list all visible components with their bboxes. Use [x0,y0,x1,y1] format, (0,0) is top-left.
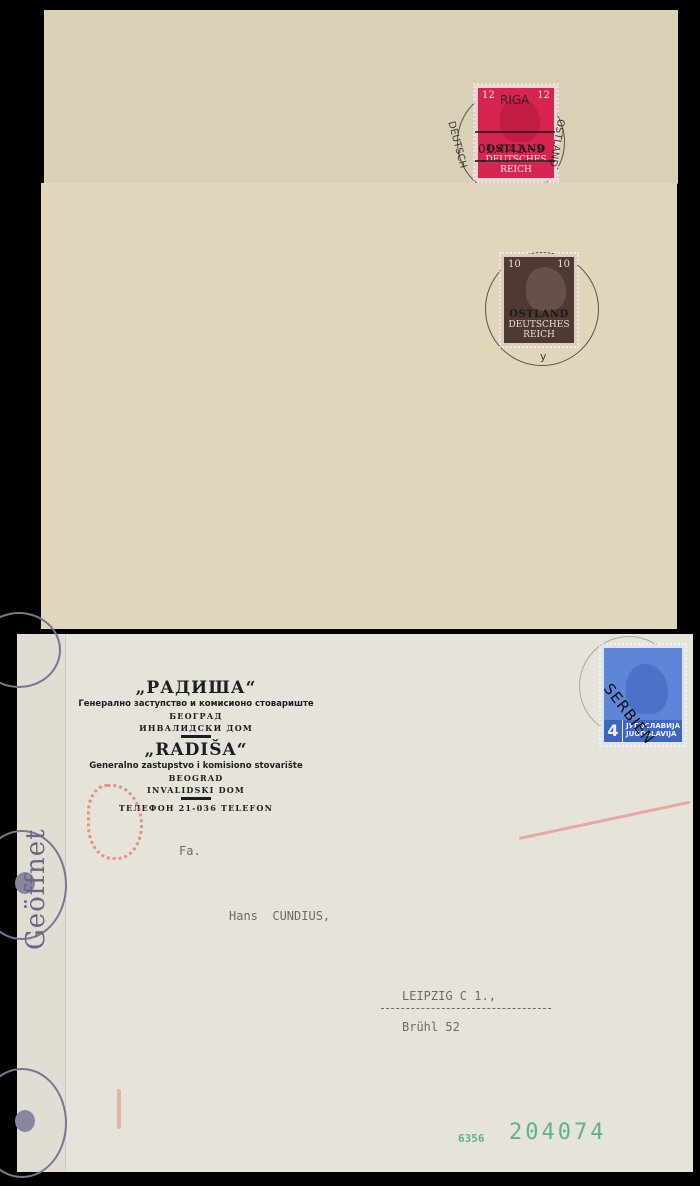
portrait-icon [526,267,566,311]
control-number-small: 6356 [458,1132,485,1145]
stamp-value-right: 10 [557,259,570,270]
ostland-cover [41,183,677,629]
stamp-value-left: 12 [482,90,495,101]
city-latin: BEOGRAD [61,772,331,784]
address-line-city: LEIPZIG C 1., [402,989,496,1003]
stamp-country: DEUTSCHES REICH [478,155,554,178]
red-crayon-mark [117,1089,121,1129]
stamp-value-right: 12 [537,90,550,101]
divider [181,797,211,800]
address-line-name: Hans CUNDIUS, [229,909,330,923]
postmark-date: 01.4.41.--9 [478,142,544,156]
city-cyrillic: БЕОГРАД [61,710,331,722]
censor-mark [0,1068,67,1178]
company-desc-latin: Generalno zastupstvo i komisiono stovari… [61,760,331,772]
company-desc-cyrillic: Генерално заступство и комисионо стовари… [61,698,331,710]
address-line-street: Brühl 52 [402,1020,460,1034]
address-underline [381,1008,551,1009]
eagle-emblem-icon [15,1110,35,1132]
riga-cover [44,10,678,184]
company-name-latin: „RADIŠA“ [61,740,331,760]
stamp-value-left: 10 [508,259,521,270]
address-cyrillic: ИНВАЛИДСКИ ДОМ [61,722,331,734]
postmark-bar [475,131,555,133]
stamp-country: DEUTSCHES REICH [504,320,574,343]
postmark-letter: y [540,350,547,363]
stamp-value: 4 [604,720,622,742]
postmark-bar [475,160,555,162]
serbien-4din-stamp: 4 ЈУГОСЛАВИЈА JUGOSLAVIJA SERBIEN [601,645,685,745]
censor-label: Geöffnet [21,828,51,950]
stamp-overprint: OSTLAND [504,309,574,320]
censor-tape: Geöffnet [17,634,66,1172]
company-name-cyrillic: „РАДИША“ [61,678,331,698]
address-line-fa: Fa. [179,844,201,858]
divider [181,735,211,738]
radisa-cover: Geöffnet „РАДИША“ Генерално заступство и… [17,634,693,1172]
control-number-large: 204074 [509,1120,606,1145]
postmark-city: RIGA [500,93,529,107]
ostland-10pf-stamp: 10 10 OSTLAND DEUTSCHES REICH [501,254,577,346]
red-crayon-stroke [519,801,691,840]
